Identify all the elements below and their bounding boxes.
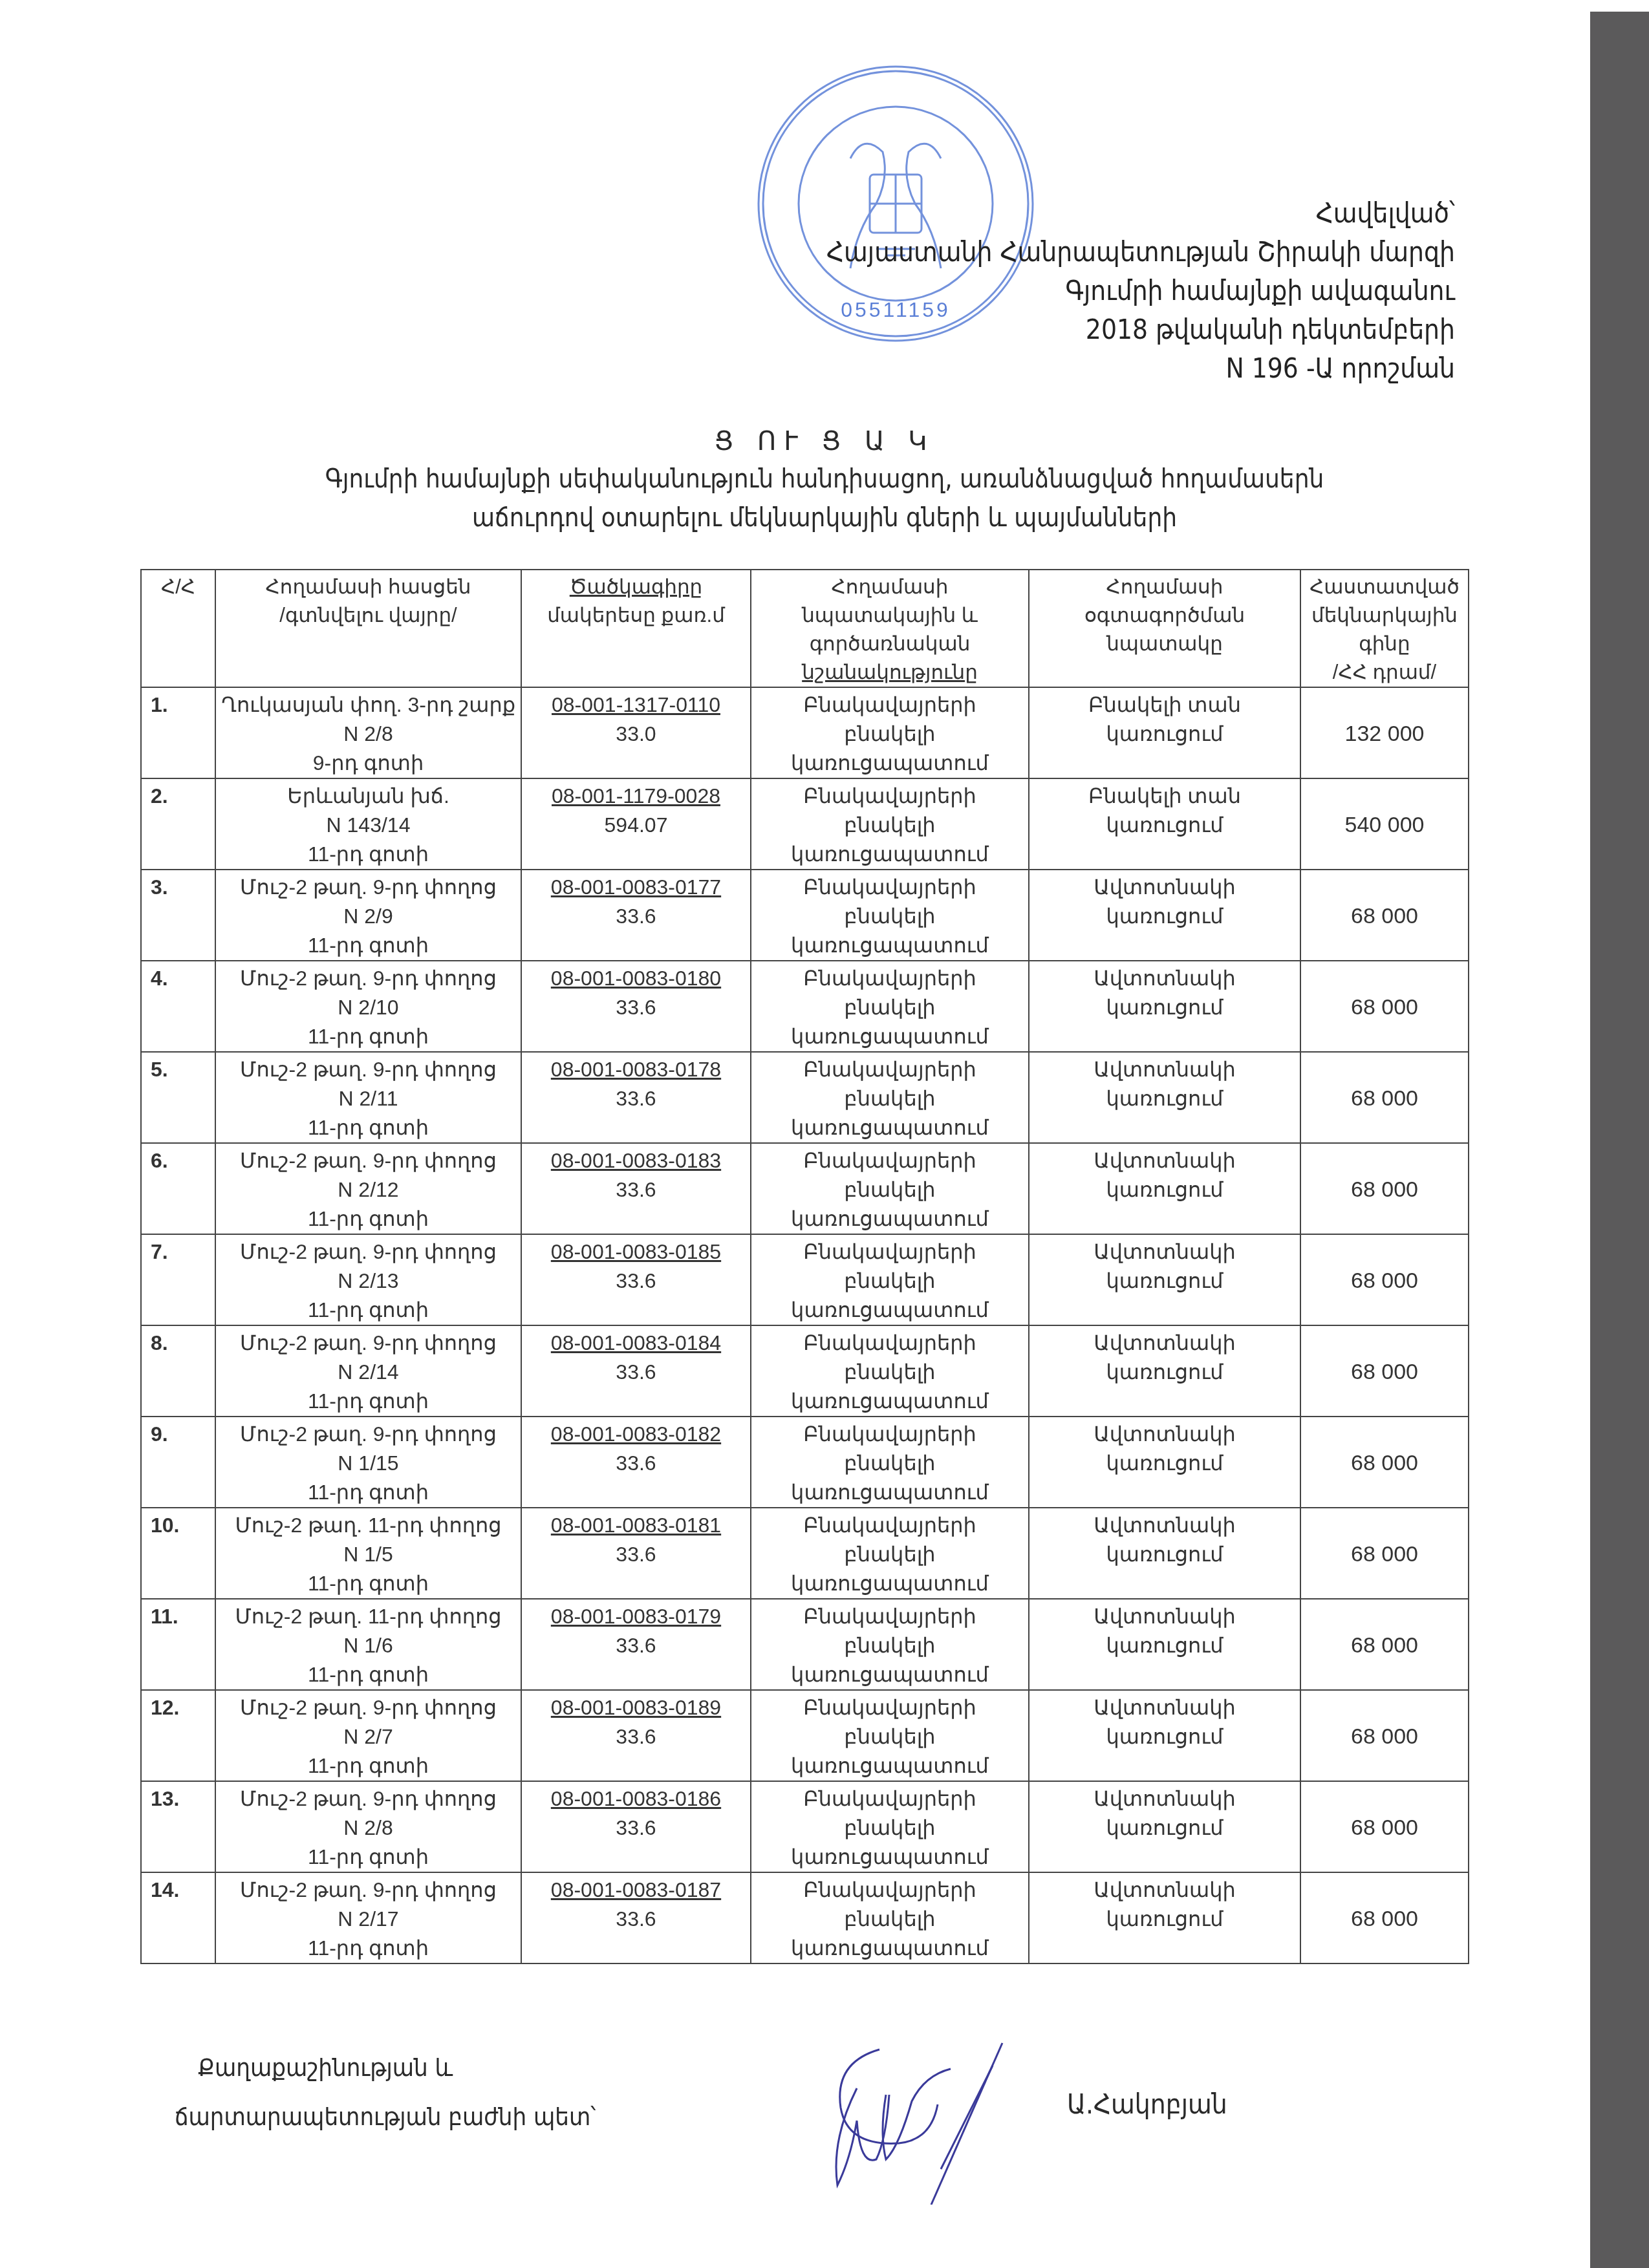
header-line: /գտնվելու վայրը/ xyxy=(220,601,517,630)
cell-price: 68 000 xyxy=(1300,870,1469,961)
area-sqm: 33.6 xyxy=(526,993,746,1022)
purpose-line: կառուցում xyxy=(1033,1084,1296,1113)
row-number: 5. xyxy=(151,1055,211,1084)
designation-line: բնակելի xyxy=(755,1722,1024,1751)
designation-line: բնակելի xyxy=(755,720,1024,749)
cell-designation: Բնակավայրերիբնակելիկառուցապատում xyxy=(751,1690,1029,1781)
cell-price: 68 000 xyxy=(1300,1872,1469,1963)
cell-designation: Բնակավայրերիբնակելիկառուցապատում xyxy=(751,1417,1029,1508)
address-line: Մուշ-2 թաղ. 9-րդ փողոց xyxy=(220,1146,517,1175)
cell-designation: Բնակավայրերիբնակելիկառուցապատում xyxy=(751,1325,1029,1417)
table-row: 13.Մուշ-2 թաղ. 9-րդ փողոցN 2/811-րդ գոտի… xyxy=(141,1781,1469,1872)
cell-address: Մուշ-2 թաղ. 9-րդ փողոցN 2/1411-րդ գոտի xyxy=(215,1325,521,1417)
cell-address: Մուշ-2 թաղ. 9-րդ փողոցN 1/1511-րդ գոտի xyxy=(215,1417,521,1508)
cadastral-code: 08-001-1317-0110 xyxy=(526,690,746,720)
designation-line: Բնակավայրերի xyxy=(755,1602,1024,1631)
designation-line: Բնակավայրերի xyxy=(755,1420,1024,1449)
row-number: 10. xyxy=(151,1511,211,1540)
designation-line: կառուցապատում xyxy=(755,1204,1024,1234)
purpose-line: կառուցում xyxy=(1033,1813,1296,1843)
header-line: գինը xyxy=(1305,630,1464,658)
cell-purpose: Ավտոտնակիկառուցում xyxy=(1029,1052,1300,1143)
cell-row-number: 13. xyxy=(141,1781,215,1872)
cell-address: Մուշ-2 թաղ. 9-րդ փողոցN 2/1111-րդ գոտի xyxy=(215,1052,521,1143)
header-col-price: Հաստատվածմեկնարկայինգինը/ՀՀ դրամ/ xyxy=(1300,570,1469,687)
designation-line: բնակելի xyxy=(755,902,1024,931)
designation-line: Բնակավայրերի xyxy=(755,1784,1024,1813)
designation-line: կառուցապատում xyxy=(755,1934,1024,1963)
header-line: մեկնարկային xyxy=(1305,601,1464,630)
address-line: 11-րդ գոտի xyxy=(220,1204,517,1234)
row-number: 13. xyxy=(151,1784,211,1813)
designation-line: Բնակավայրերի xyxy=(755,1876,1024,1905)
purpose-line: Ավտոտնակի xyxy=(1033,1237,1296,1267)
table-row: 11.Մուշ-2 թաղ. 11-րդ փողոցN 1/611-րդ գոտ… xyxy=(141,1599,1469,1690)
cadastral-code: 08-001-0083-0177 xyxy=(526,873,746,902)
table-row: 12.Մուշ-2 թաղ. 9-րդ փողոցN 2/711-րդ գոտի… xyxy=(141,1690,1469,1781)
designation-line: Բնակավայրերի xyxy=(755,1693,1024,1722)
purpose-line: կառուցում xyxy=(1033,811,1296,840)
address-line: Մուշ-2 թաղ. 9-րդ փողոց xyxy=(220,1693,517,1722)
area-sqm: 594.07 xyxy=(526,811,746,840)
cell-price: 68 000 xyxy=(1300,1143,1469,1234)
address-line: 11-րդ գոտի xyxy=(220,1387,517,1416)
designation-line: կառուցապատում xyxy=(755,1843,1024,1872)
designation-line: կառուցապատում xyxy=(755,1569,1024,1598)
address-line: 11-րդ գոտի xyxy=(220,1843,517,1872)
designation-line: Բնակավայրերի xyxy=(755,1511,1024,1540)
address-line: N 1/15 xyxy=(220,1449,517,1478)
table-row: 3.Մուշ-2 թաղ. 9-րդ փողոցN 2/911-րդ գոտի0… xyxy=(141,870,1469,961)
approval-line: Հայաստանի Հանրապետության Շիրակի մարզի xyxy=(757,233,1455,272)
cell-row-number: 7. xyxy=(141,1234,215,1325)
designation-line: Բնակավայրերի xyxy=(755,1237,1024,1267)
cell-row-number: 11. xyxy=(141,1599,215,1690)
approval-line: Հավելված՝ xyxy=(757,194,1455,233)
cell-address: Մուշ-2 թաղ. 11-րդ փողոցN 1/511-րդ գոտի xyxy=(215,1508,521,1599)
address-line: 11-րդ գոտի xyxy=(220,1022,517,1051)
cell-designation: Բնակավայրերիբնակելիկառուցապատում xyxy=(751,1599,1029,1690)
cadastral-code: 08-001-0083-0183 xyxy=(526,1146,746,1175)
purpose-line: Ավտոտնակի xyxy=(1033,1876,1296,1905)
cell-purpose: Ավտոտնակիկառուցում xyxy=(1029,1417,1300,1508)
designation-line: բնակելի xyxy=(755,1267,1024,1296)
designation-line: բնակելի xyxy=(755,1449,1024,1478)
table-row: 7.Մուշ-2 թաղ. 9-րդ փողոցN 2/1311-րդ գոտի… xyxy=(141,1234,1469,1325)
address-line: 11-րդ գոտի xyxy=(220,1478,517,1507)
header-line: նշանակությունը xyxy=(755,658,1024,687)
address-line: N 2/13 xyxy=(220,1267,517,1296)
cell-address: Մուշ-2 թաղ. 9-րդ փողոցN 2/711-րդ գոտի xyxy=(215,1690,521,1781)
cadastral-code: 08-001-0083-0180 xyxy=(526,964,746,993)
cell-row-number: 4. xyxy=(141,961,215,1052)
starting-price: 68 000 xyxy=(1305,1631,1464,1660)
header-line: Հողամասի xyxy=(755,573,1024,601)
table-row: 5.Մուշ-2 թաղ. 9-րդ փողոցN 2/1111-րդ գոտի… xyxy=(141,1052,1469,1143)
area-sqm: 33.0 xyxy=(526,720,746,749)
cell-address: Մուշ-2 թաղ. 9-րդ փողոցN 2/811-րդ գոտի xyxy=(215,1781,521,1872)
starting-price: 68 000 xyxy=(1305,1358,1464,1387)
document-title: Ց ՈՒ Ց Ա Կ Գյումրի համայնքի սեփականությո… xyxy=(194,423,1455,537)
purpose-line: կառուցում xyxy=(1033,902,1296,931)
cell-code-area: 08-001-0083-018333.6 xyxy=(521,1143,751,1234)
designation-line: կառուցապատում xyxy=(755,1751,1024,1781)
address-line: N 2/9 xyxy=(220,902,517,931)
designation-line: Բնակավայրերի xyxy=(755,1055,1024,1084)
designation-line: կառուցապատում xyxy=(755,1478,1024,1507)
header-line: Հողամասի հասցեն xyxy=(220,573,517,601)
purpose-line: կառուցում xyxy=(1033,1540,1296,1569)
designation-line: Բնակավայրերի xyxy=(755,1146,1024,1175)
cell-purpose: Ավտոտնակիկառուցում xyxy=(1029,1143,1300,1234)
header-col-designation: Հողամասինպատակային ևգործառնականնշանակութ… xyxy=(751,570,1029,687)
purpose-line: Ավտոտնակի xyxy=(1033,1146,1296,1175)
scan-edge-shadow xyxy=(1590,12,1649,2268)
area-sqm: 33.6 xyxy=(526,902,746,931)
cadastral-code: 08-001-0083-0187 xyxy=(526,1876,746,1905)
purpose-line: կառուցում xyxy=(1033,1267,1296,1296)
cell-address: Մուշ-2 թաղ. 9-րդ փողոցN 2/1311-րդ գոտի xyxy=(215,1234,521,1325)
designation-line: Բնակավայրերի xyxy=(755,690,1024,720)
approval-header: Հավելված՝ Հայաստանի Հանրապետության Շիրակ… xyxy=(757,194,1455,388)
header-line: Հաստատված xyxy=(1305,573,1464,601)
header-line: Հողամասի xyxy=(1033,573,1296,601)
address-line: N 1/5 xyxy=(220,1540,517,1569)
purpose-line: կառուցում xyxy=(1033,1631,1296,1660)
area-sqm: 33.6 xyxy=(526,1631,746,1660)
starting-price: 68 000 xyxy=(1305,1175,1464,1204)
address-line: N 2/11 xyxy=(220,1084,517,1113)
address-line: N 143/14 xyxy=(220,811,517,840)
cell-row-number: 5. xyxy=(141,1052,215,1143)
designation-line: Բնակավայրերի xyxy=(755,1329,1024,1358)
cadastral-code: 08-001-0083-0182 xyxy=(526,1420,746,1449)
designation-line: բնակելի xyxy=(755,1813,1024,1843)
table-row: 6.Մուշ-2 թաղ. 9-րդ փողոցN 2/1211-րդ գոտի… xyxy=(141,1143,1469,1234)
table-row: 8.Մուշ-2 թաղ. 9-րդ փողոցN 2/1411-րդ գոտի… xyxy=(141,1325,1469,1417)
cell-row-number: 8. xyxy=(141,1325,215,1417)
designation-line: բնակելի xyxy=(755,1631,1024,1660)
starting-price: 68 000 xyxy=(1305,993,1464,1022)
address-line: Մուշ-2 թաղ. 9-րդ փողոց xyxy=(220,1876,517,1905)
cell-address: Մուշ-2 թաղ. 9-րդ փողոցN 2/1211-րդ գոտի xyxy=(215,1143,521,1234)
cell-code-area: 08-001-0083-018033.6 xyxy=(521,961,751,1052)
designation-line: կառուցապատում xyxy=(755,840,1024,869)
designation-line: կառուցապատում xyxy=(755,1660,1024,1689)
header-line: նպատակը xyxy=(1033,630,1296,658)
table-row: 14.Մուշ-2 թաղ. 9-րդ փողոցN 2/1711-րդ գոտ… xyxy=(141,1872,1469,1963)
area-sqm: 33.6 xyxy=(526,1084,746,1113)
header-line: նպատակային և xyxy=(755,601,1024,630)
address-line: N 2/8 xyxy=(220,720,517,749)
cell-price: 68 000 xyxy=(1300,961,1469,1052)
table-row: 10.Մուշ-2 թաղ. 11-րդ փողոցN 1/511-րդ գոտ… xyxy=(141,1508,1469,1599)
table-row: 1.Ղուկասյան փող. 3-րդ շարքN 2/89-րդ գոտի… xyxy=(141,687,1469,778)
address-line: 11-րդ գոտի xyxy=(220,931,517,960)
address-line: N 2/7 xyxy=(220,1722,517,1751)
designation-line: բնակելի xyxy=(755,1540,1024,1569)
purpose-line: կառուցում xyxy=(1033,1358,1296,1387)
header-col-address: Հողամասի հասցեն/գտնվելու վայրը/ xyxy=(215,570,521,687)
designation-line: կառուցապատում xyxy=(755,1387,1024,1416)
row-number: 8. xyxy=(151,1329,211,1358)
header-col-purpose: Հողամասիօգտագործմաննպատակը xyxy=(1029,570,1300,687)
table-row: 9.Մուշ-2 թաղ. 9-րդ փողոցN 1/1511-րդ գոտի… xyxy=(141,1417,1469,1508)
address-line: N 1/6 xyxy=(220,1631,517,1660)
cell-price: 68 000 xyxy=(1300,1234,1469,1325)
cell-designation: Բնակավայրերիբնակելիկառուցապատում xyxy=(751,1234,1029,1325)
cell-purpose: Ավտոտնակիկառուցում xyxy=(1029,961,1300,1052)
address-line: 11-րդ գոտի xyxy=(220,840,517,869)
cell-code-area: 08-001-0083-018733.6 xyxy=(521,1872,751,1963)
land-plots-table: Հ/ՀՀողամասի հասցեն/գտնվելու վայրը/Ծածկագ… xyxy=(140,569,1469,1964)
cell-code-area: 08-001-0083-017933.6 xyxy=(521,1599,751,1690)
purpose-line: կառուցում xyxy=(1033,720,1296,749)
cell-price: 68 000 xyxy=(1300,1781,1469,1872)
cell-price: 68 000 xyxy=(1300,1325,1469,1417)
cell-purpose: Ավտոտնակիկառուցում xyxy=(1029,1508,1300,1599)
designation-line: կառուցապատում xyxy=(755,1296,1024,1325)
table-body: 1.Ղուկասյան փող. 3-րդ շարքN 2/89-րդ գոտի… xyxy=(141,687,1469,1963)
cell-code-area: 08-001-0083-017733.6 xyxy=(521,870,751,961)
cell-purpose: Ավտոտնակիկառուցում xyxy=(1029,1234,1300,1325)
area-sqm: 33.6 xyxy=(526,1267,746,1296)
cell-row-number: 2. xyxy=(141,778,215,870)
row-number: 9. xyxy=(151,1420,211,1449)
designation-line: Բնակավայրերի xyxy=(755,782,1024,811)
cell-address: Մուշ-2 թաղ. 9-րդ փողոցN 2/1011-րդ գոտի xyxy=(215,961,521,1052)
cadastral-code: 08-001-0083-0178 xyxy=(526,1055,746,1084)
header-line: մակերեսը քառ.մ xyxy=(526,601,746,630)
cell-code-area: 08-001-0083-018433.6 xyxy=(521,1325,751,1417)
starting-price: 68 000 xyxy=(1305,1084,1464,1113)
cadastral-code: 08-001-0083-0186 xyxy=(526,1784,746,1813)
table-header-row: Հ/ՀՀողամասի հասցեն/գտնվելու վայրը/Ծածկագ… xyxy=(141,570,1469,687)
cell-designation: Բնակավայրերիբնակելիկառուցապատում xyxy=(751,778,1029,870)
purpose-line: կառուցում xyxy=(1033,1722,1296,1751)
cell-designation: Բնակավայրերիբնակելիկառուցապատում xyxy=(751,1143,1029,1234)
address-line: 11-րդ գոտի xyxy=(220,1751,517,1781)
approval-line: 2018 թվականի դեկտեմբերի xyxy=(757,310,1455,349)
table-row: 2.Երևանյան խճ.N 143/1411-րդ գոտի08-001-1… xyxy=(141,778,1469,870)
cell-price: 68 000 xyxy=(1300,1690,1469,1781)
row-number: 6. xyxy=(151,1146,211,1175)
starting-price: 540 000 xyxy=(1305,811,1464,840)
purpose-line: կառուցում xyxy=(1033,993,1296,1022)
header-line: գործառնական xyxy=(755,630,1024,658)
cell-code-area: 08-001-0083-018933.6 xyxy=(521,1690,751,1781)
cell-designation: Բնակավայրերիբնակելիկառուցապատում xyxy=(751,1508,1029,1599)
cell-purpose: Ավտոտնակիկառուցում xyxy=(1029,870,1300,961)
cell-price: 68 000 xyxy=(1300,1417,1469,1508)
starting-price: 68 000 xyxy=(1305,902,1464,931)
cell-row-number: 1. xyxy=(141,687,215,778)
purpose-line: Ավտոտնակի xyxy=(1033,1602,1296,1631)
address-line: Մուշ-2 թաղ. 9-րդ փողոց xyxy=(220,1420,517,1449)
cell-address: Երևանյան խճ.N 143/1411-րդ գոտի xyxy=(215,778,521,870)
designation-line: Բնակավայրերի xyxy=(755,873,1024,902)
purpose-line: կառուցում xyxy=(1033,1175,1296,1204)
cell-price: 68 000 xyxy=(1300,1052,1469,1143)
cell-designation: Բնակավայրերիբնակելիկառուցապատում xyxy=(751,1872,1029,1963)
cadastral-code: 08-001-1179-0028 xyxy=(526,782,746,811)
cell-designation: Բնակավայրերիբնակելիկառուցապատում xyxy=(751,870,1029,961)
cell-address: Ղուկասյան փող. 3-րդ շարքN 2/89-րդ գոտի xyxy=(215,687,521,778)
address-line: N 2/8 xyxy=(220,1813,517,1843)
header-col-code-area: Ծածկագիրըմակերեսը քառ.մ xyxy=(521,570,751,687)
cell-price: 540 000 xyxy=(1300,778,1469,870)
cell-address: Մուշ-2 թաղ. 11-րդ փողոցN 1/611-րդ գոտի xyxy=(215,1599,521,1690)
header-line: օգտագործման xyxy=(1033,601,1296,630)
area-sqm: 33.6 xyxy=(526,1175,746,1204)
cell-designation: Բնակավայրերիբնակելիկառուցապատում xyxy=(751,687,1029,778)
address-line: Մուշ-2 թաղ. 11-րդ փողոց xyxy=(220,1511,517,1540)
row-number: 7. xyxy=(151,1237,211,1267)
address-line: 11-րդ գոտի xyxy=(220,1569,517,1598)
address-line: Մուշ-2 թաղ. 9-րդ փողոց xyxy=(220,1784,517,1813)
area-sqm: 33.6 xyxy=(526,1905,746,1934)
designation-line: բնակելի xyxy=(755,1358,1024,1387)
cell-code-area: 08-001-0083-018233.6 xyxy=(521,1417,751,1508)
row-number: 14. xyxy=(151,1876,211,1905)
cell-purpose: Բնակելի տանկառուցում xyxy=(1029,778,1300,870)
starting-price: 68 000 xyxy=(1305,1449,1464,1478)
approval-line: N 196 -Ա որոշման xyxy=(757,349,1455,388)
designation-line: բնակելի xyxy=(755,1905,1024,1934)
cell-code-area: 08-001-0083-017833.6 xyxy=(521,1052,751,1143)
purpose-line: Ավտոտնակի xyxy=(1033,964,1296,993)
designation-line: բնակելի xyxy=(755,993,1024,1022)
starting-price: 68 000 xyxy=(1305,1267,1464,1296)
header-line: /ՀՀ դրամ/ xyxy=(1305,658,1464,687)
address-line: Մուշ-2 թաղ. 9-րդ փողոց xyxy=(220,1329,517,1358)
table-row: 4.Մուշ-2 թաղ. 9-րդ փողոցN 2/1011-րդ գոտի… xyxy=(141,961,1469,1052)
address-line: N 2/17 xyxy=(220,1905,517,1934)
starting-price: 68 000 xyxy=(1305,1540,1464,1569)
designation-line: բնակելի xyxy=(755,1175,1024,1204)
row-number: 1. xyxy=(151,690,211,720)
address-line: 11-րդ գոտի xyxy=(220,1660,517,1689)
row-number: 11. xyxy=(151,1602,211,1631)
address-line: N 2/10 xyxy=(220,993,517,1022)
cell-row-number: 6. xyxy=(141,1143,215,1234)
cell-price: 68 000 xyxy=(1300,1508,1469,1599)
address-line: N 2/14 xyxy=(220,1358,517,1387)
purpose-line: Ավտոտնակի xyxy=(1033,1511,1296,1540)
purpose-line: կառուցում xyxy=(1033,1905,1296,1934)
position-line2: ճարտարապետության բաժնի պետ՝ xyxy=(175,2092,596,2141)
cell-row-number: 9. xyxy=(141,1417,215,1508)
area-sqm: 33.6 xyxy=(526,1813,746,1843)
row-number: 2. xyxy=(151,782,211,811)
cell-price: 68 000 xyxy=(1300,1599,1469,1690)
cell-code-area: 08-001-1179-0028594.07 xyxy=(521,778,751,870)
cell-designation: Բնակավայրերիբնակելիկառուցապատում xyxy=(751,1052,1029,1143)
cell-purpose: Բնակելի տանկառուցում xyxy=(1029,687,1300,778)
cell-purpose: Ավտոտնակիկառուցում xyxy=(1029,1872,1300,1963)
purpose-line: Բնակելի տան xyxy=(1033,690,1296,720)
cell-address: Մուշ-2 թաղ. 9-րդ փողոցN 2/1711-րդ գոտի xyxy=(215,1872,521,1963)
purpose-line: Ավտոտնակի xyxy=(1033,1784,1296,1813)
designation-line: կառուցապատում xyxy=(755,749,1024,778)
cell-price: 132 000 xyxy=(1300,687,1469,778)
position-line1: Քաղաքաշինության և xyxy=(175,2043,596,2092)
designation-line: կառուցապատում xyxy=(755,1113,1024,1142)
address-line: Մուշ-2 թաղ. 9-րդ փողոց xyxy=(220,873,517,902)
row-number: 3. xyxy=(151,873,211,902)
address-line: Մուշ-2 թաղ. 11-րդ փողոց xyxy=(220,1602,517,1631)
address-line: Մուշ-2 թաղ. 9-րդ փողոց xyxy=(220,964,517,993)
starting-price: 68 000 xyxy=(1305,1905,1464,1934)
area-sqm: 33.6 xyxy=(526,1449,746,1478)
designation-line: կառուցապատում xyxy=(755,931,1024,960)
approval-line: Գյումրի համայնքի ավագանու xyxy=(757,272,1455,310)
header-line: Ծածկագիրը xyxy=(526,573,746,601)
address-line: Երևանյան խճ. xyxy=(220,782,517,811)
purpose-line: Ավտոտնակի xyxy=(1033,1329,1296,1358)
address-line: 11-րդ գոտի xyxy=(220,1934,517,1963)
starting-price: 68 000 xyxy=(1305,1813,1464,1843)
cell-purpose: Ավտոտնակիկառուցում xyxy=(1029,1781,1300,1872)
purpose-line: Բնակելի տան xyxy=(1033,782,1296,811)
address-line: 11-րդ գոտի xyxy=(220,1296,517,1325)
cell-row-number: 12. xyxy=(141,1690,215,1781)
cell-code-area: 08-001-0083-018633.6 xyxy=(521,1781,751,1872)
designation-line: Բնակավայրերի xyxy=(755,964,1024,993)
cadastral-code: 08-001-0083-0189 xyxy=(526,1693,746,1722)
cell-designation: Բնակավայրերիբնակելիկառուցապատում xyxy=(751,961,1029,1052)
designation-line: կառուցապատում xyxy=(755,1022,1024,1051)
cell-purpose: Ավտոտնակիկառուցում xyxy=(1029,1690,1300,1781)
area-sqm: 33.6 xyxy=(526,1722,746,1751)
starting-price: 68 000 xyxy=(1305,1722,1464,1751)
address-line: Մուշ-2 թաղ. 9-րդ փողոց xyxy=(220,1237,517,1267)
title-subtitle-line1: Գյումրի համայնքի սեփականություն հանդիսաց… xyxy=(257,460,1392,498)
cadastral-code: 08-001-0083-0179 xyxy=(526,1602,746,1631)
address-line: Ղուկասյան փող. 3-րդ շարք xyxy=(220,690,517,720)
purpose-line: Ավտոտնակի xyxy=(1033,1055,1296,1084)
cell-row-number: 10. xyxy=(141,1508,215,1599)
cell-purpose: Ավտոտնակիկառուցում xyxy=(1029,1599,1300,1690)
purpose-line: Ավտոտնակի xyxy=(1033,1420,1296,1449)
area-sqm: 33.6 xyxy=(526,1358,746,1387)
title-subtitle-line2: աճուրդով օտարելու մեկնարկային գների և պա… xyxy=(257,498,1392,537)
cell-code-area: 08-001-0083-018533.6 xyxy=(521,1234,751,1325)
row-number: 12. xyxy=(151,1693,211,1722)
cadastral-code: 08-001-0083-0181 xyxy=(526,1511,746,1540)
address-line: N 2/12 xyxy=(220,1175,517,1204)
address-line: Մուշ-2 թաղ. 9-րդ փողոց xyxy=(220,1055,517,1084)
purpose-line: կառուցում xyxy=(1033,1449,1296,1478)
designation-line: բնակելի xyxy=(755,811,1024,840)
header-line: Հ/Հ xyxy=(145,573,211,601)
cadastral-code: 08-001-0083-0184 xyxy=(526,1329,746,1358)
address-line: 11-րդ գոտի xyxy=(220,1113,517,1142)
starting-price: 132 000 xyxy=(1305,720,1464,749)
title-main: Ց ՈՒ Ց Ա Կ xyxy=(194,423,1455,460)
cell-code-area: 08-001-0083-018133.6 xyxy=(521,1508,751,1599)
purpose-line: Ավտոտնակի xyxy=(1033,1693,1296,1722)
cell-row-number: 3. xyxy=(141,870,215,961)
signer-name: Ա.Հակոբյան xyxy=(1067,2088,1227,2120)
cell-code-area: 08-001-1317-011033.0 xyxy=(521,687,751,778)
designation-line: բնակելի xyxy=(755,1084,1024,1113)
handwritten-signature-icon xyxy=(795,2037,1093,2205)
signatory-position: Քաղաքաշինության և ճարտարապետության բաժնի… xyxy=(175,2043,596,2141)
area-sqm: 33.6 xyxy=(526,1540,746,1569)
address-line: 9-րդ գոտի xyxy=(220,749,517,778)
cell-designation: Բնակավայրերիբնակելիկառուցապատում xyxy=(751,1781,1029,1872)
